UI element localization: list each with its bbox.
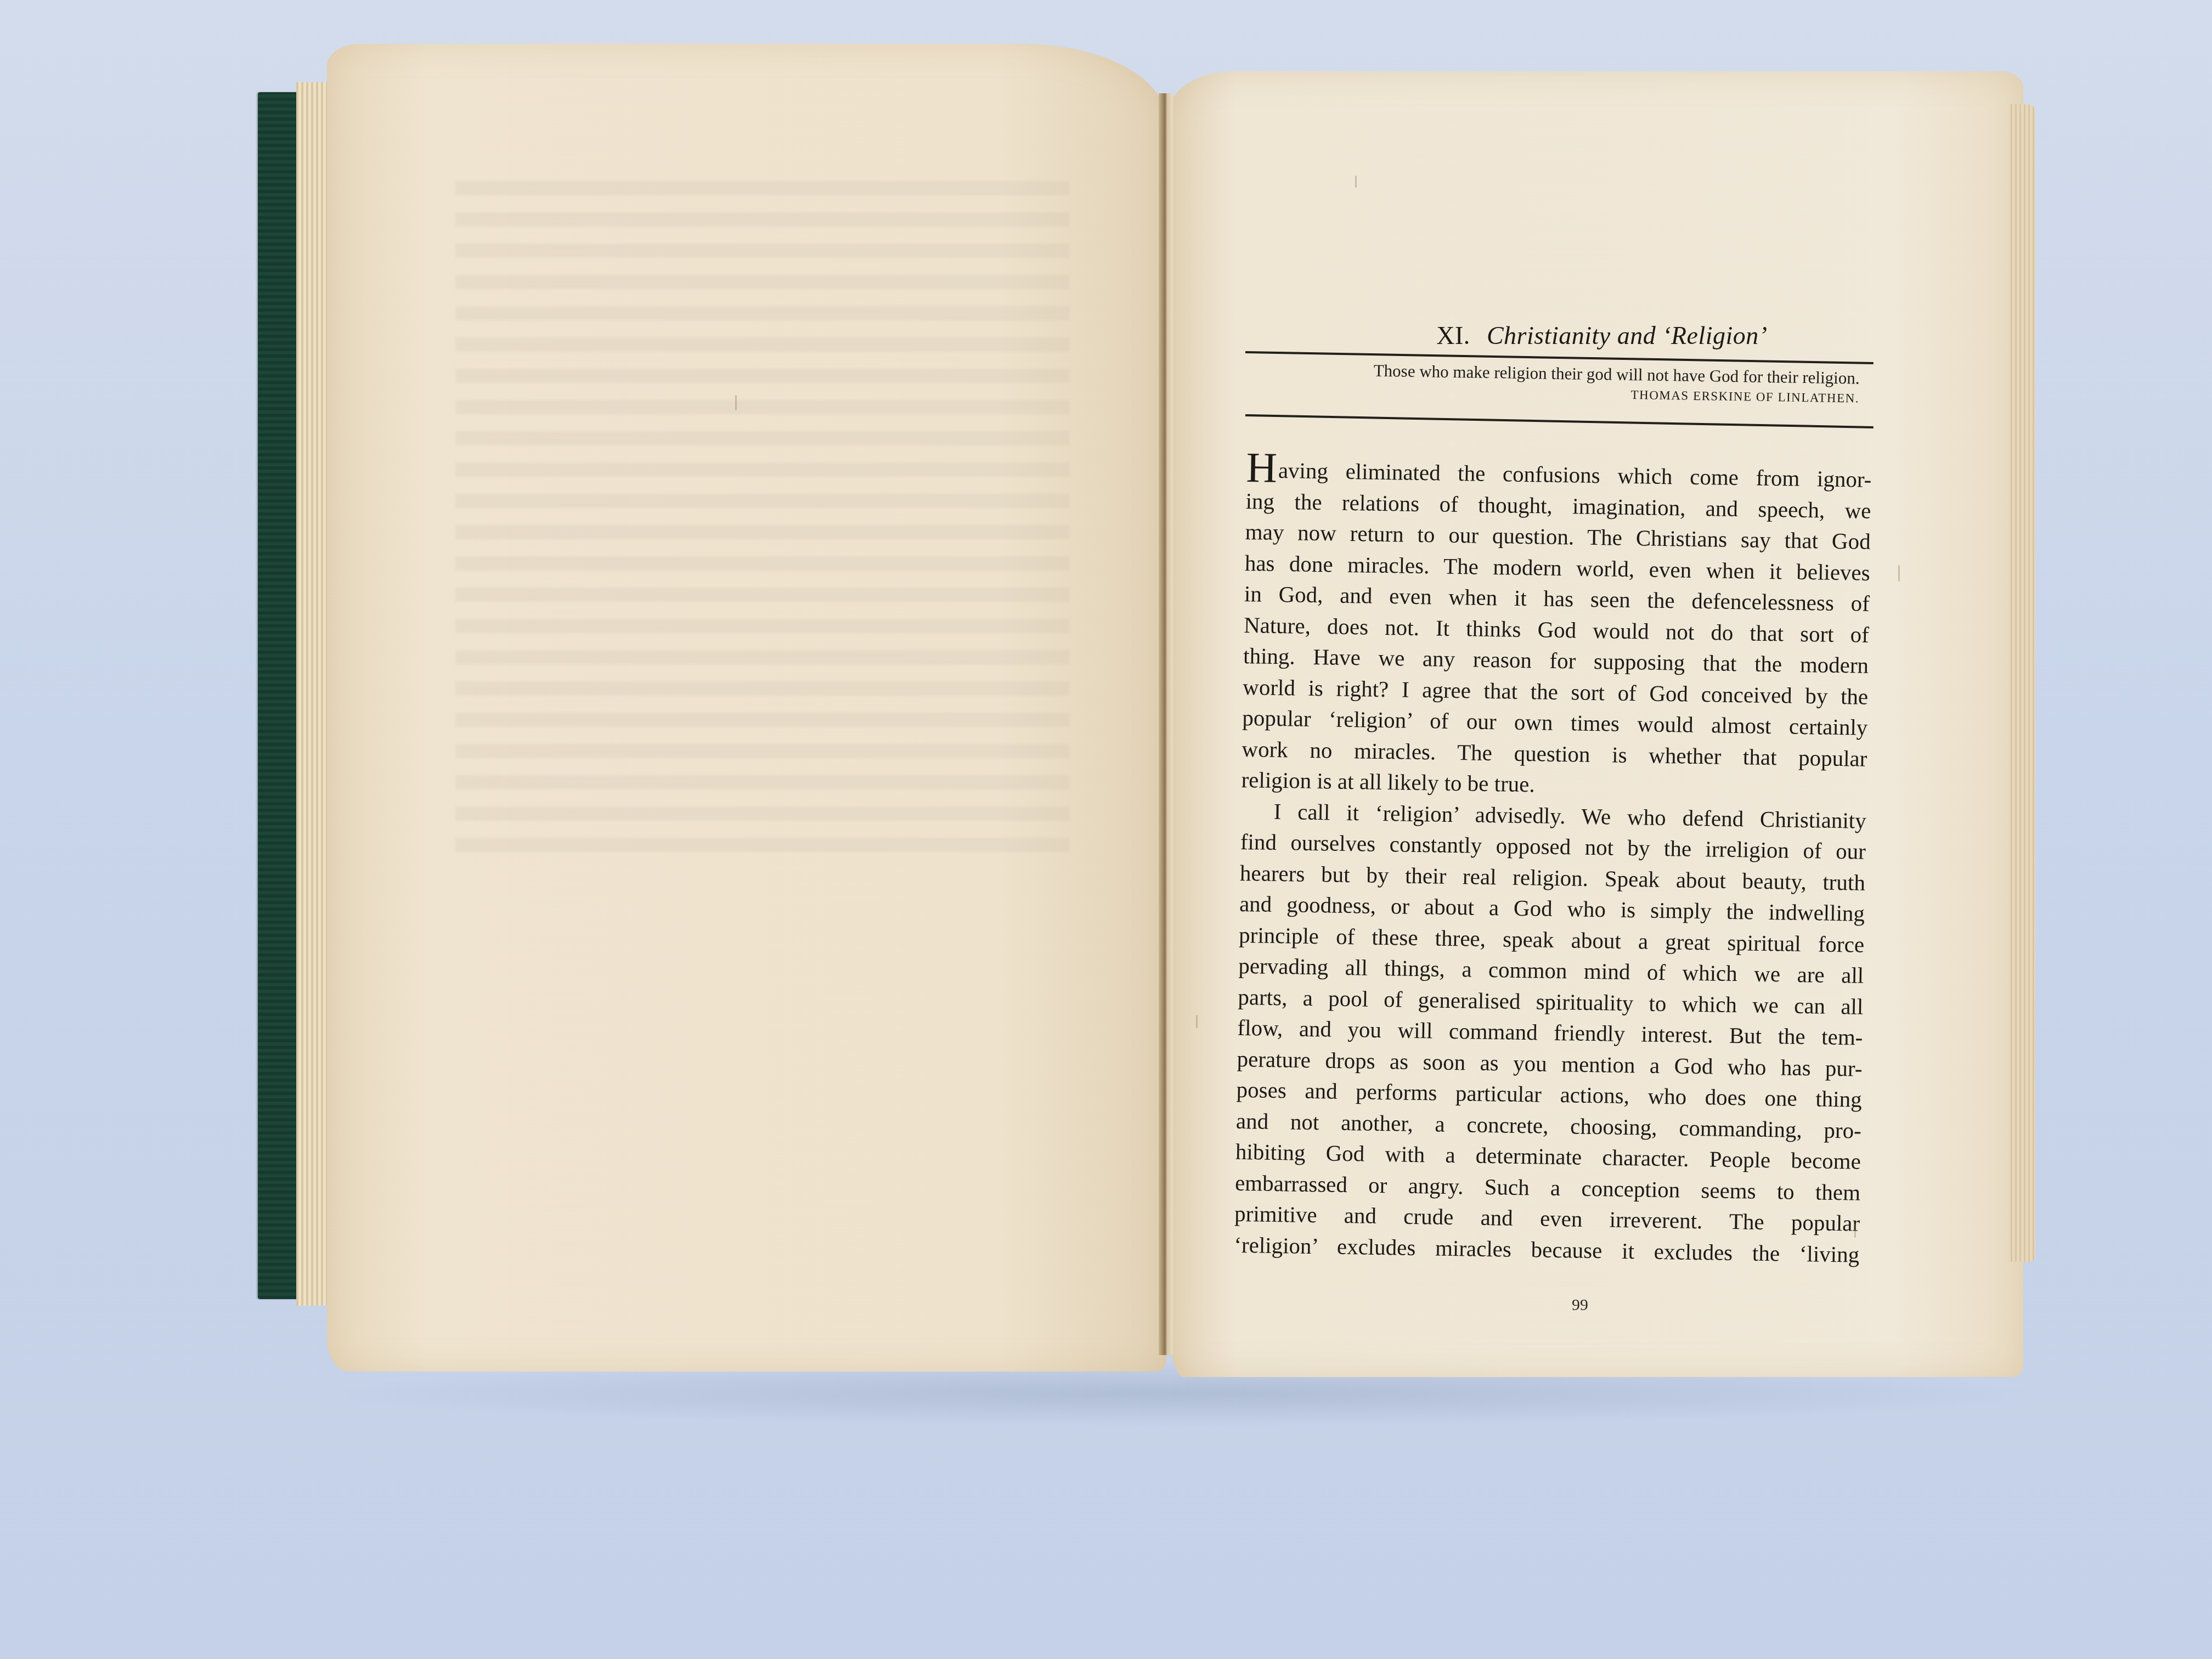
paper-fleck (1196, 1015, 1198, 1028)
show-through-text (455, 181, 1070, 861)
chapter-heading: XI. Christianity and ‘Religion’ (1295, 321, 1909, 350)
book-cover-edge (258, 92, 298, 1299)
body-text: Having eliminated the confusions which c… (1234, 454, 1872, 1270)
paper-fleck (735, 395, 737, 410)
drop-cap: H (1246, 443, 1278, 492)
page-number: 99 (1558, 1296, 1602, 1314)
chapter-number: XI. (1436, 321, 1470, 349)
book-gutter (1159, 93, 1173, 1355)
paper-fleck (1898, 565, 1900, 582)
left-page-stack (296, 82, 329, 1306)
chapter-title: Christianity and ‘Religion’ (1487, 321, 1768, 349)
paper-fleck (1854, 1223, 1856, 1238)
right-page-stack (2008, 104, 2035, 1262)
paper-fleck (1355, 176, 1357, 188)
